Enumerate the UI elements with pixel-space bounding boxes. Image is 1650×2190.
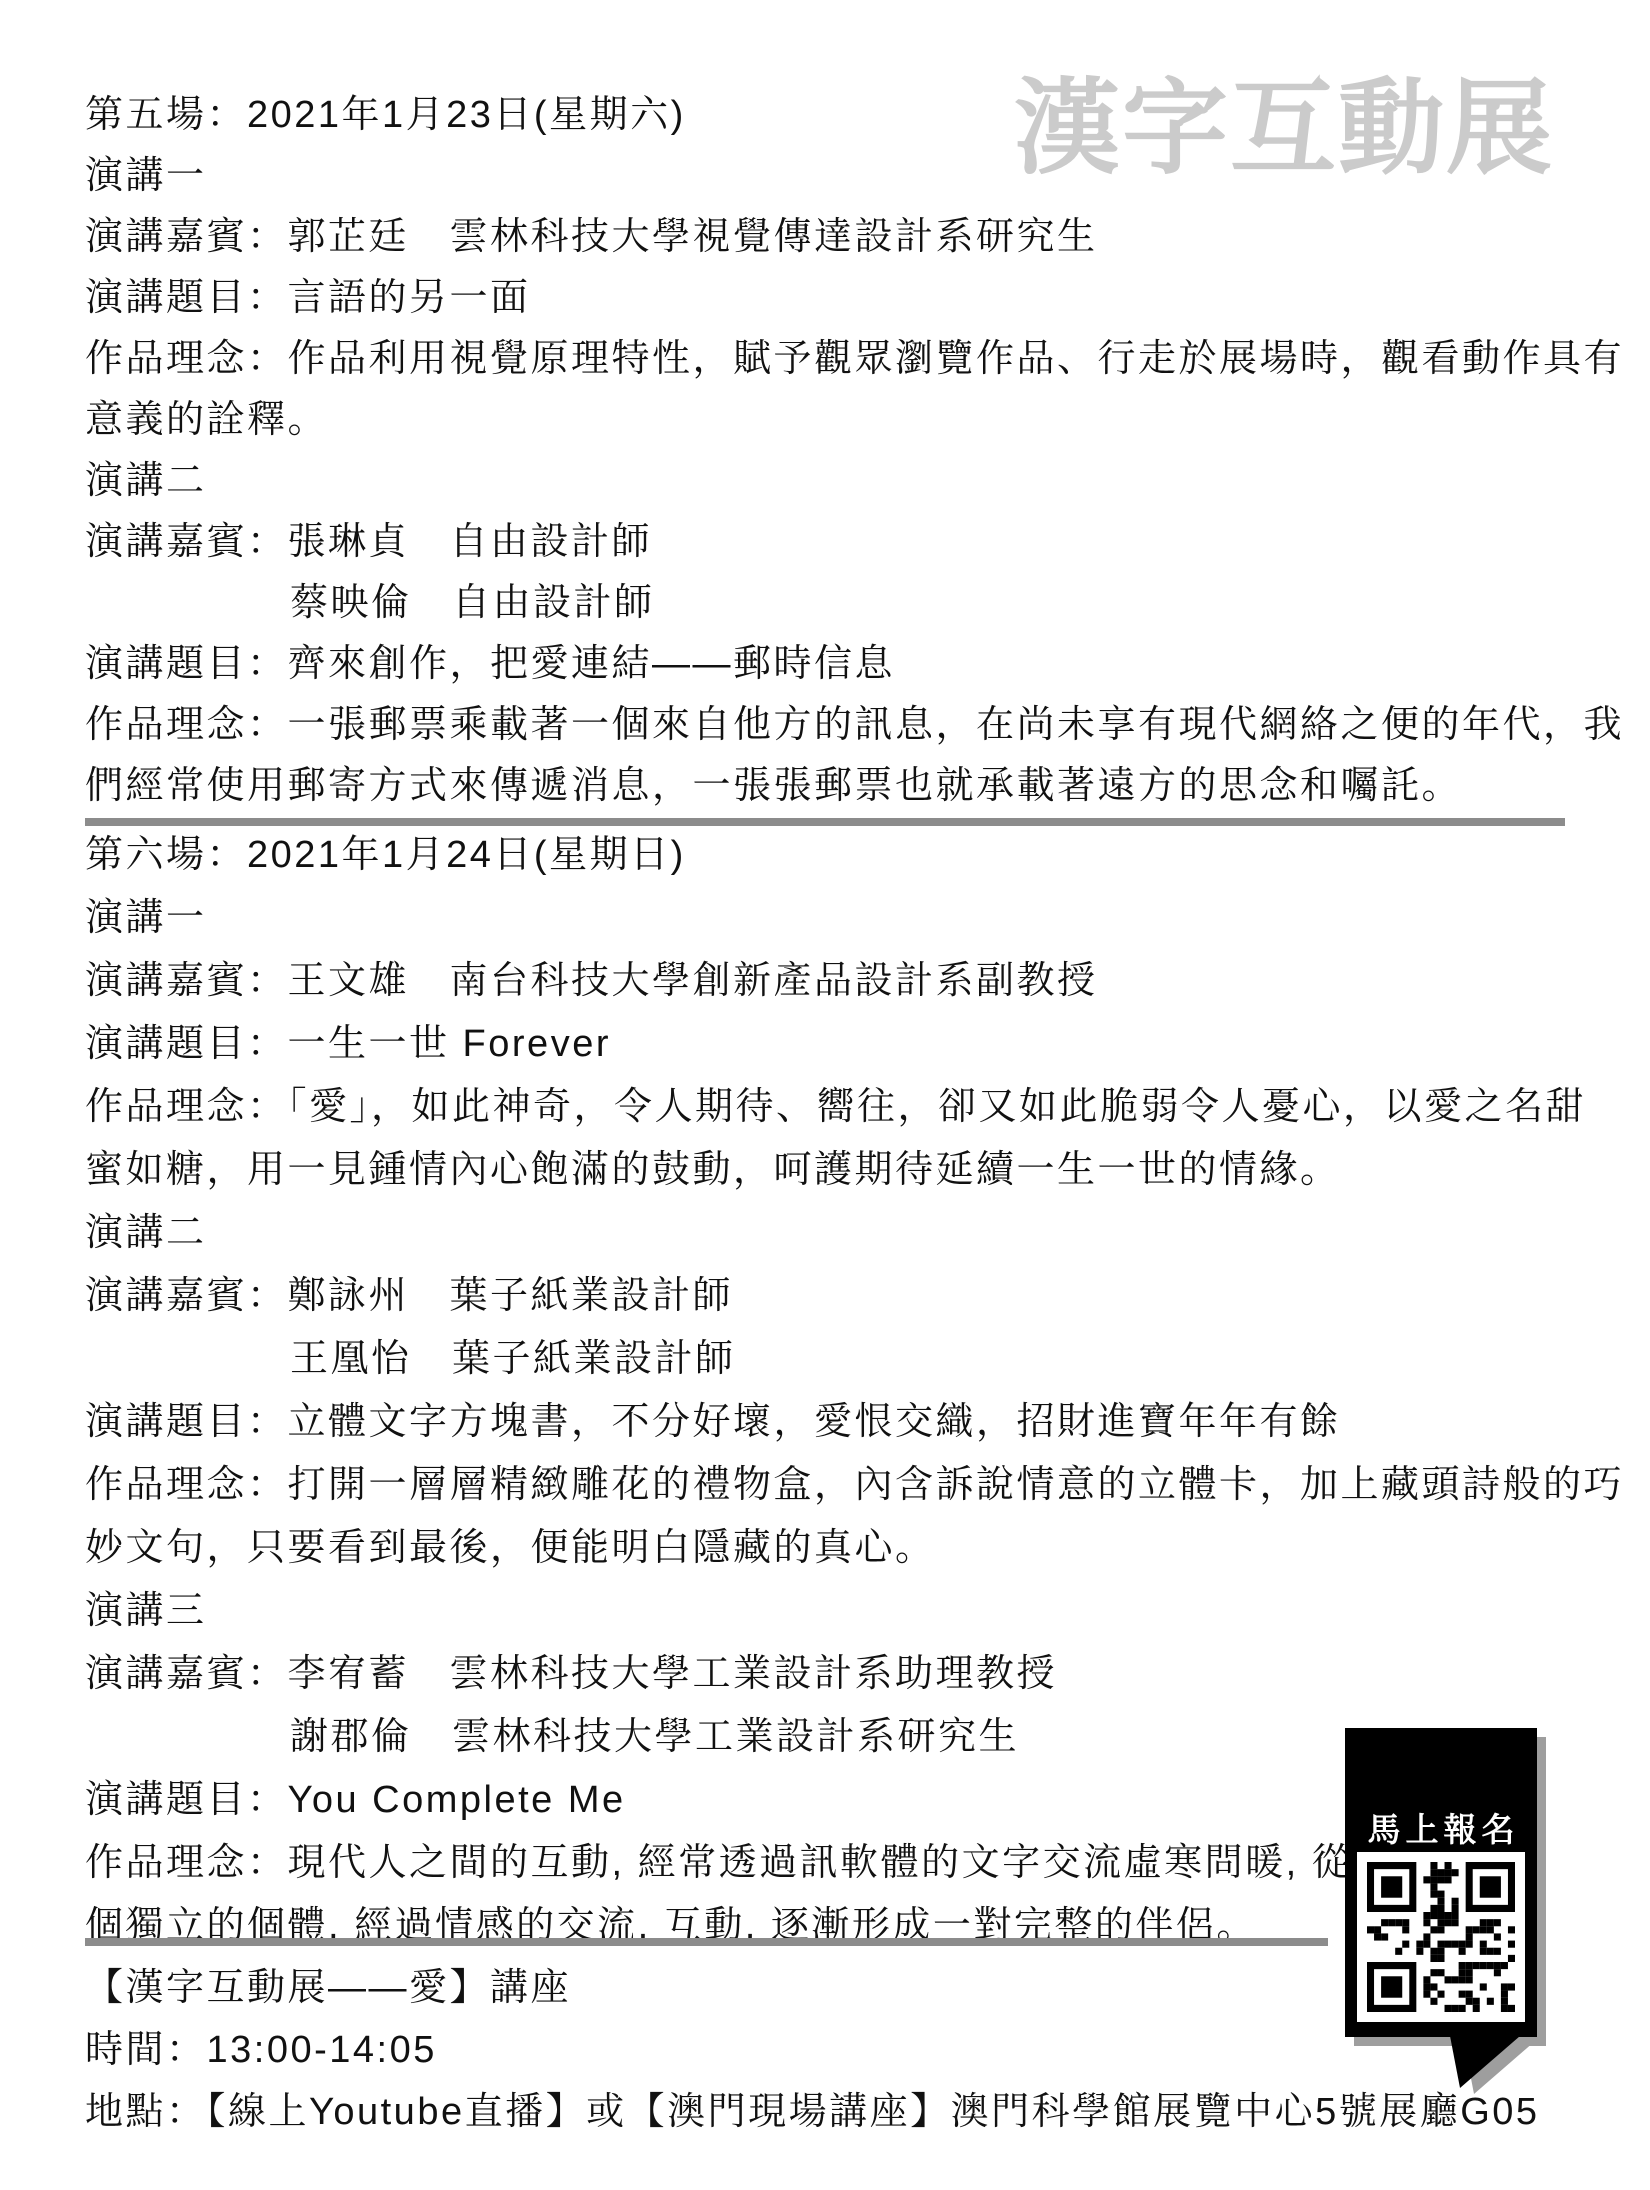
footer-divider (85, 1938, 1328, 1946)
session-6-title: 第六場：2021年1月24日(星期日) (85, 819, 1605, 882)
talk-1-topic: 演講題目：一生一世 Forever (85, 1008, 1605, 1071)
lecture-location: 地點：【線上Youtube直播】或【澳門現場講座】澳門科學館展覽中心5號展廳G0… (85, 2076, 1605, 2138)
qr-code (1367, 1862, 1515, 2012)
signup-bubble: 馬上報名 (1345, 1728, 1537, 2037)
talk-2-guest-2: 蔡映倫 自由設計師 (85, 568, 1605, 629)
talk-1-guest: 演講嘉賓：王文雄 南台科技大學創新產品設計系副教授 (85, 945, 1605, 1008)
session-5-block: 第五場：2021年1月23日(星期六) 演講一 演講嘉賓：郭芷廷 雲林科技大學視… (85, 80, 1605, 812)
talk-1-concept-cont: 意義的詮釋。 (85, 385, 1605, 446)
talk-1-concept: 作品理念：「愛」，如此神奇，令人期待、嚮往，卻又如此脆弱令人憂心，以愛之名甜 (85, 1071, 1605, 1134)
talk-2-topic: 演講題目：齊來創作，把愛連結——郵時信息 (85, 629, 1605, 690)
talk-2-topic: 演講題目：立體文字方塊書，不分好壞，愛恨交織，招財進寶年年有餘 (85, 1386, 1605, 1449)
talk-2-concept: 作品理念：一張郵票乘載著一個來自他方的訊息，在尚未享有現代網絡之便的年代，我 (85, 690, 1605, 751)
talk-2-label: 演講二 (85, 446, 1605, 507)
flyer-page: 漢字互動展 第五場：2021年1月23日(星期六) 演講一 演講嘉賓：郭芷廷 雲… (0, 0, 1650, 2190)
talk-1-concept: 作品理念：作品利用視覺原理特性，賦予觀眾瀏覽作品、行走於展場時，觀看動作具有 (85, 324, 1605, 385)
talk-1-label: 演講一 (85, 882, 1605, 945)
bubble-tail (1390, 2036, 1560, 2098)
talk-1-topic: 演講題目：言語的另一面 (85, 263, 1605, 324)
talk-2-guest: 演講嘉賓：鄭詠州 葉子紙業設計師 (85, 1260, 1605, 1323)
talk-1-label: 演講一 (85, 141, 1605, 202)
talk-2-concept-cont: 們經常使用郵寄方式來傳遞消息，一張張郵票也就承載著遠方的思念和囑託。 (85, 751, 1605, 812)
talk-2-guest: 演講嘉賓：張琳貞 自由設計師 (85, 507, 1605, 568)
talk-3-guest: 演講嘉賓：李宥蓄 雲林科技大學工業設計系助理教授 (85, 1638, 1605, 1701)
talk-1-guest: 演講嘉賓：郭芷廷 雲林科技大學視覺傳達設計系研究生 (85, 202, 1605, 263)
talk-2-label: 演講二 (85, 1197, 1605, 1260)
talk-2-concept-cont: 妙文句，只要看到最後，便能明白隱藏的真心。 (85, 1512, 1605, 1575)
talk-2-guest-2: 王凰怡 葉子紙業設計師 (85, 1323, 1605, 1386)
signup-label: 馬上報名 (1345, 1804, 1537, 1851)
talk-1-concept-cont: 蜜如糖，用一見鍾情內心飽滿的鼓動，呵護期待延續一生一世的情緣。 (85, 1134, 1605, 1197)
talk-3-label: 演講三 (85, 1575, 1605, 1638)
talk-2-concept: 作品理念：打開一層層精緻雕花的禮物盒，內含訴說情意的立體卡，加上藏頭詩般的巧 (85, 1449, 1605, 1512)
qr-panel (1357, 1852, 1525, 2022)
session-5-title: 第五場：2021年1月23日(星期六) (85, 80, 1605, 141)
